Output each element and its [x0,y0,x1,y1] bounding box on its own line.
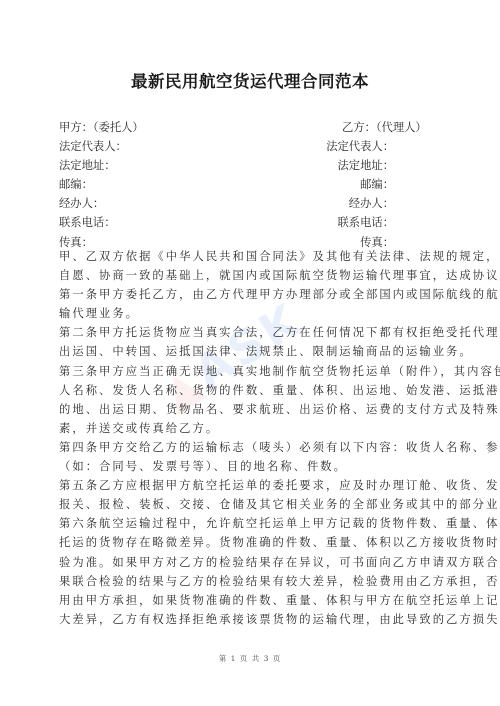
document-page: ▲ASK 最新民用航空货运代理合同范本 甲方：（委托人） 法定代表人： 法定地址… [0,0,500,706]
body-line: 报关、报检、装板、交接、仓储及其它相关业务的全部业务或其中的部分业务。 [59,495,441,514]
body-line: 第一条甲方委托乙方，由乙方代理甲方办理部分或全部国内或国际航线的航空货物运 [59,285,441,304]
body-line: 出运国、中转国、运抵国法律、法规禁止、限制运输商品的运输业务。 [59,342,441,361]
party-b-legal-rep: 法定代表人： [300,137,394,156]
body-line: 大差异，乙方有权选择拒绝承接该票货物的运输代理，由此导致的乙方损失，甲方应 [59,610,441,629]
party-b-phone: 联系电话： [300,213,394,232]
party-a-postcode: 邮编： [59,175,144,194]
page-footer: 第 1 页 共 3 页 [0,653,500,664]
document-title: 最新民用航空货运代理合同范本 [0,68,500,92]
body-line: 验为准。如果甲方对乙方的检验结果存在异议，可书面向乙方申请双方联合检验。如 [59,553,441,572]
party-b-block: 乙方：（代理人） 法定代表人： 法定地址： 邮编： 经办人： 联系电话： 传真： [300,118,394,252]
contract-body: 甲、乙双方依据《中华人民共和国合同法》及其他有关法律、法规的规定，在平等、 自愿… [59,247,441,629]
body-line: 人名称、发货人名称、货物的件数、重量、体积、出运地、始发港、运抵港、最终目 [59,381,441,400]
body-line: 托运的货物存在略微差异。货物准确的件数、重量、体积以乙方接收货物时乙方的检 [59,533,441,552]
body-line: 第五条乙方应根据甲方航空托运单的委托要求，应及时办理订舱、收货、发货、制单、 [59,476,441,495]
body-line: （如：合同号、发票号等）、目的地名称、件数。 [59,457,441,476]
party-b-header: 乙方：（代理人） [342,118,462,137]
party-b-postcode: 邮编： [300,175,394,194]
party-a-block: 甲方：（委托人） 法定代表人： 法定地址： 邮编： 经办人： 联系电话： 传真： [59,118,144,252]
body-line: 用由甲方承担，如果货物准确的件数、重量、体积与甲方在航空托运单上记载的有较 [59,591,441,610]
party-a-legal-rep: 法定代表人： [59,137,144,156]
party-a-header: 甲方：（委托人） [59,118,144,137]
body-line: 自愿、协商一致的基础上，就国内或国际航空货物运输代理事宜，达成协议如下： [59,266,441,285]
party-b-handler: 经办人： [300,194,394,213]
party-a-handler: 经办人： [59,194,144,213]
body-line: 输代理业务。 [59,304,441,323]
body-line: 的地、出运日期、货物品名、要求航班、出运价格、运费的支付方式及特殊要求等要 [59,400,441,419]
body-line: 果联合检验的结果与乙方的检验结果有较大差异，检验费用由乙方承担，否则检验费 [59,572,441,591]
party-a-phone: 联系电话： [59,213,144,232]
party-b-address: 法定地址： [300,156,394,175]
body-line: 第六条航空运输过程中，允许航空托运单上甲方记载的货物件数、重量、体积与实际 [59,514,441,533]
body-line: 第四条甲方交给乙方的运输标志（唛头）必须有以下内容：收货人名称、参考号码 [59,438,441,457]
body-line: 甲、乙双方依据《中华人民共和国合同法》及其他有关法律、法规的规定，在平等、 [59,247,441,266]
party-a-address: 法定地址： [59,156,144,175]
body-line: 素，并送交或传真给乙方。 [59,419,441,438]
body-line: 第二条甲方托运货物应当真实合法，乙方在任何情况下都有权拒绝受托代理危险品或 [59,323,441,342]
body-line: 第三条甲方应当正确无误地、真实地制作航空货物托运单（附件），其内容包括收货 [59,362,441,381]
